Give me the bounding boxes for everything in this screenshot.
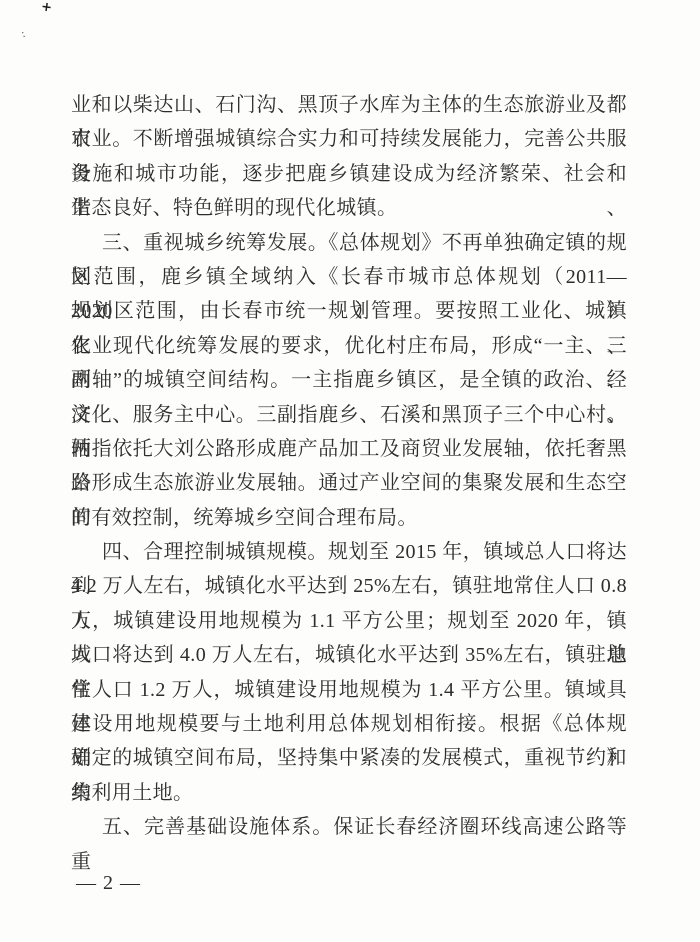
document-body: 业和以柴达山、石门沟、黑顶子水库为主体的生态旅游业及都市 农业。不断增强城镇综合…: [71, 88, 627, 845]
text-line: 住人口 1.2 万人，城镇建设用地规模为 1.4 平方公里。镇域具体: [71, 673, 627, 707]
scan-artifact-dots: :: [20, 30, 27, 41]
text-line: 的有效控制，统筹城乡空间合理布局。: [71, 501, 627, 535]
text-line: 设施和城市功能，逐步把鹿乡镇建设成为经济繁荣、社会和谐、: [71, 157, 627, 191]
text-line: 农业。不断增强城镇综合实力和可持续发展能力，完善公共服务: [71, 122, 627, 156]
paragraph-section-three: 三、重视城乡统筹发展。《总体规划》不再单独确定镇的规划 区范围，鹿乡镇全域纳入《…: [71, 226, 627, 536]
text-line: 轴指依托大刘公路形成鹿产品加工及商贸业发展轴，依托奢黑公: [71, 432, 627, 466]
text-line: 区范围，鹿乡镇全域纳入《长春市城市总体规划（2011—2020）》: [71, 260, 627, 294]
paragraph-section-four: 四、合理控制城镇规模。规划至 2015 年，镇域总人口将达到 4.2 万人左右，…: [71, 535, 627, 810]
text-line: 三、重视城乡统筹发展。《总体规划》不再单独确定镇的规划: [71, 226, 627, 260]
text-line: 人，城镇建设用地规模为 1.1 平方公里；规划至 2020 年，镇域总: [71, 604, 627, 638]
text-line: 两轴”的城镇空间结构。一主指鹿乡镇区，是全镇的政治、经济、: [71, 363, 627, 397]
paragraph-section-five: 五、完善基础设施体系。保证长春经济圈环线高速公路等重: [71, 810, 627, 844]
text-line: 四、合理控制城镇规模。规划至 2015 年，镇域总人口将达到: [71, 535, 627, 569]
text-line: 五、完善基础设施体系。保证长春经济圈环线高速公路等重: [71, 810, 627, 844]
text-line: 4.2 万人左右，城镇化水平达到 25%左右，镇驻地常住人口 0.8 万: [71, 569, 627, 603]
text-line: 确定的城镇空间布局，坚持集中紧凑的发展模式，重视节约和集: [71, 741, 627, 775]
text-line: 业和以柴达山、石门沟、黑顶子水库为主体的生态旅游业及都市: [71, 88, 627, 122]
text-line: 约利用土地。: [71, 776, 627, 810]
paragraph-continuation: 业和以柴达山、石门沟、黑顶子水库为主体的生态旅游业及都市 农业。不断增强城镇综合…: [71, 88, 627, 226]
text-line: 人口将达到 4.0 万人左右，城镇化水平达到 35%左右，镇驻地常: [71, 638, 627, 672]
page-number: — 2 —: [76, 866, 141, 900]
scanned-document-page: + : 业和以柴达山、石门沟、黑顶子水库为主体的生态旅游业及都市 农业。不断增强…: [0, 0, 700, 942]
text-line: 路形成生态旅游业发展轴。通过产业空间的集聚发展和生态空间: [71, 466, 627, 500]
text-line: 农业现代化统筹发展的要求，优化村庄布局，形成“一主、三副、: [71, 329, 627, 363]
text-line: 规划区范围，由长春市统一规划管理。要按照工业化、城镇化、: [71, 294, 627, 328]
text-line: 文化、服务主中心。三副指鹿乡、石溪和黑顶子三个中心村。两: [71, 398, 627, 432]
text-line: 建设用地规模要与土地利用总体规划相衔接。根据《总体规划》: [71, 707, 627, 741]
scan-artifact-cross: +: [40, 0, 53, 14]
